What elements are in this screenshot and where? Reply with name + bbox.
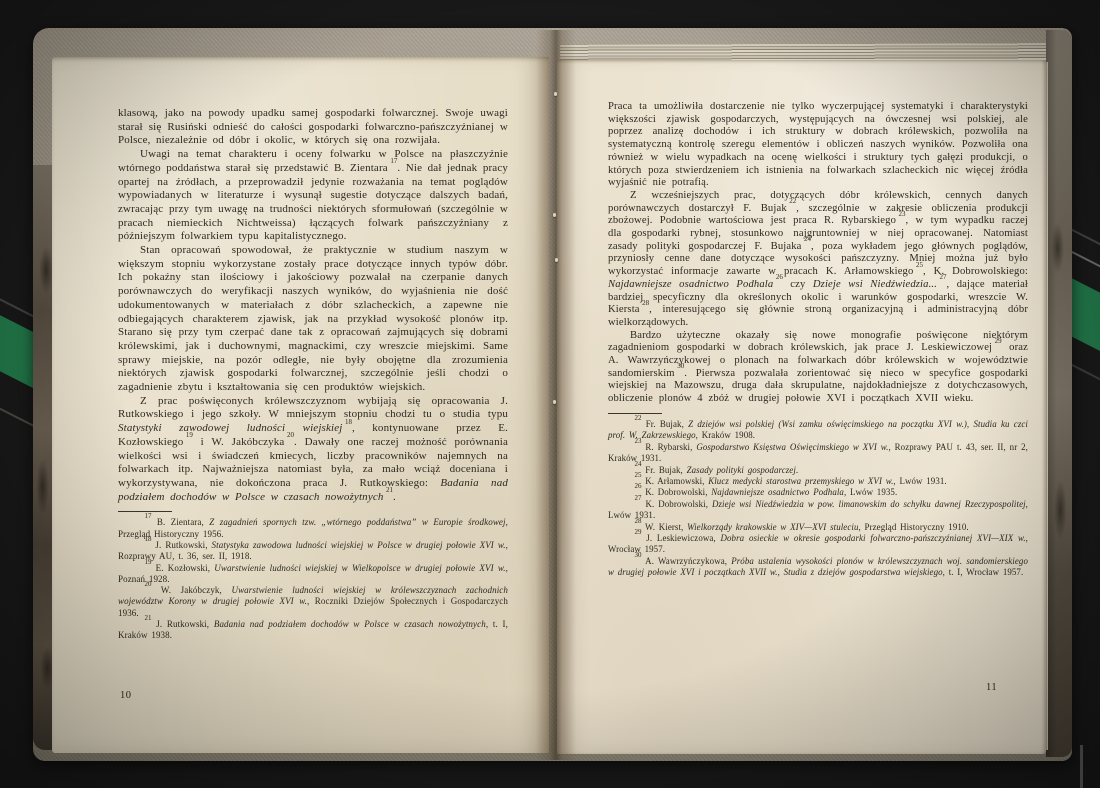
footnote: 26 K. Dobrowolski, Najdawniejsze osadnic… [608, 487, 1028, 498]
footnote: 21 J. Rutkowski, Badania nad podziałem d… [118, 619, 508, 642]
footnote: 23 R. Rybarski, Gospodarstwo Księstwa Oś… [608, 442, 1028, 465]
paragraph: Bardzo użyteczne okazały się nowe monogr… [608, 330, 1028, 406]
footnotes: 17 B. Zientara, Z zagadnień spornych tzw… [118, 517, 508, 641]
footnotes: 22 Fr. Bujak, Z dziejów wsi polskiej (Ws… [608, 419, 1028, 579]
book-gutter-shadow [536, 30, 576, 760]
footnote: 30 A. Wawrzyńczykowa, Próba ustalenia wy… [608, 556, 1028, 579]
left-page-text: klasową, jako na powody upadku samej gos… [118, 107, 508, 642]
footnote: 18 J. Rutkowski, Statystyka zawodowa lud… [118, 540, 508, 563]
binding-stitch [554, 92, 557, 96]
footnote: 25 K. Arłamowski, Klucz medycki starostw… [608, 476, 1028, 487]
paragraph: klasową, jako na powody upadku samej gos… [118, 107, 508, 148]
footnote: 29 J. Leskiewiczowa, Dobra osieckie w ok… [608, 533, 1028, 556]
book-cover-right-edge [1046, 30, 1072, 757]
footnote: 24 Fr. Bujak, Zasady polityki gospodarcz… [608, 465, 1028, 476]
paragraph: Z wcześniejszych prac, dotyczących dóbr … [608, 190, 1028, 330]
background-line [1080, 745, 1083, 788]
photo-background: klasową, jako na powody upadku samej gos… [0, 0, 1100, 788]
footnote: 28 W. Kierst, Wielkorządy krakowskie w X… [608, 522, 1028, 533]
footnote: 20 W. Jakóbczyk, Uwarstwienie ludności w… [118, 585, 508, 619]
binding-stitch [553, 213, 556, 217]
footnote: 27 K. Dobrowolski, Dzieje wsi Niedźwiedz… [608, 499, 1028, 522]
paragraph: Uwagi na temat charakteru i oceny folwar… [118, 148, 508, 244]
page-number-right: 11 [986, 682, 997, 693]
paragraph: Praca ta umożliwiła dostarczenie nie tyl… [608, 101, 1028, 190]
right-page-text: Praca ta umożliwiła dostarczenie nie tyl… [608, 101, 1028, 579]
paragraph: Z prac poświęconych królewszczyznom wybi… [118, 395, 508, 505]
footnote: 22 Fr. Bujak, Z dziejów wsi polskiej (Ws… [608, 419, 1028, 442]
footnote: 17 B. Zientara, Z zagadnień spornych tzw… [118, 517, 508, 540]
binding-stitch [555, 258, 558, 262]
binding-stitch [553, 400, 556, 404]
paragraph: Stan opracowań spowodował, że praktyczni… [118, 244, 508, 395]
footnote: 19 E. Kozłowski, Uwarstwienie ludności w… [118, 563, 508, 586]
page-number-left: 10 [120, 690, 132, 701]
